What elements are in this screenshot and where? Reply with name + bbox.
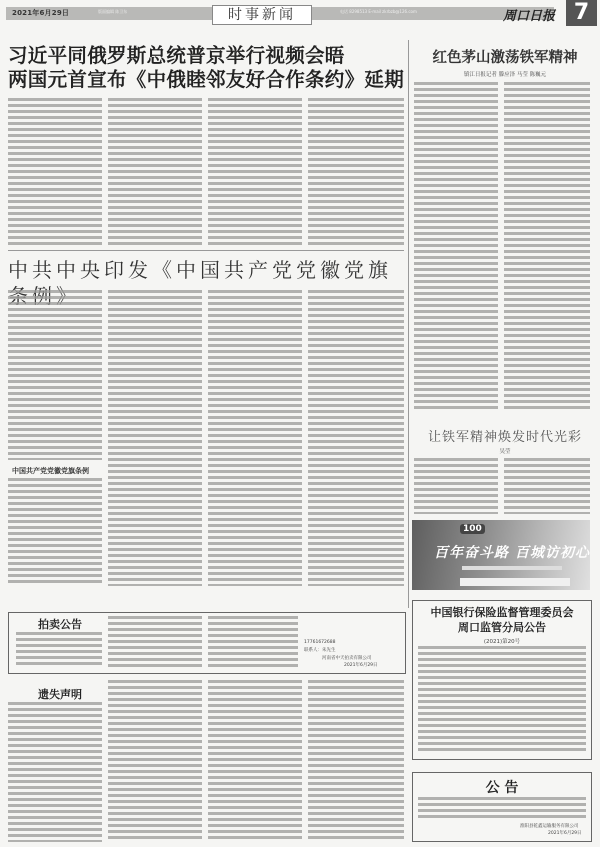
cbirc-number: (2021)第20号 [414,637,590,645]
public-notice-date: 2021年6月29日 [548,831,582,837]
issue-date: 2021年6月29日 [12,8,69,18]
lead-headline: 习近平同俄罗斯总统普京举行视频会晤 两国元首宣布《中俄睦邻友好合作条约》延期 [8,44,404,92]
lead-headline-line1: 习近平同俄罗斯总统普京举行视频会晤 [8,44,404,68]
essay-author: 吴莹 [420,447,590,455]
auction-contact: 联系人：朱先生 [304,648,336,654]
lead-story-column-3 [208,98,302,246]
auction-phone: 17761672688 [304,640,336,646]
public-notice-title: 公 告 [414,777,590,797]
essay-title: 让铁军精神焕发时代光彩 [420,426,590,445]
essay-column-1 [414,458,498,514]
cbirc-title-line1: 中国银行保险监督管理委员会 [414,604,590,620]
centenary-banner: 100 百年奋斗路 百城访初心 [412,520,590,590]
page-editor: 版面编辑 陈卫东 [98,9,127,15]
lost-notice-title: 遗失声明 [20,686,100,702]
auction-notice-date: 2021年6月29日 [344,663,378,669]
page-number: 7 [566,0,597,26]
auction-notice-title: 拍卖公告 [20,616,100,632]
cbirc-notice-text [418,646,586,754]
lead-story-column-4 [308,98,404,246]
second-story-column-2 [108,290,202,586]
second-story-column-1b [8,478,102,586]
auction-notice-text-1 [16,632,102,668]
public-notice-text [418,797,586,821]
banner-subline [462,566,562,570]
right-headline: 红色茅山激荡铁军精神 [420,46,590,67]
right-story-column-2 [504,82,590,412]
lead-headline-line2: 两国元首宣布《中俄睦邻友好合作条约》延期 [8,68,404,92]
masthead: 2021年6月29日 版面编辑 陈卫东 时事新闻 电话 8298513 E-ma… [0,0,600,36]
newspaper-page: 2021年6月29日 版面编辑 陈卫东 时事新闻 电话 8298513 E-ma… [0,0,600,847]
section-title: 时事新闻 [212,5,312,25]
lost-notice-column-3 [208,680,302,842]
column-divider [408,40,409,608]
public-notice-publisher: 淮阳县乾鑫运输服务有限公司 [520,824,579,830]
lost-notice-column-4 [308,680,404,842]
contact-info: 电话 8298513 E-mail zkrbzb@126.com [340,9,530,15]
lost-notice-column-2 [108,680,202,842]
right-byline: 镇江日报记者 滕应泽 马莹 陈巍元 [420,70,590,78]
banner-slogan: 百年奋斗路 百城访初心 [434,542,590,562]
regulation-subhead: 中国共产党党徽党旗条例 [12,466,89,476]
second-story-column-1 [8,290,102,460]
second-story-column-4 [308,290,404,586]
lead-story-column-2 [108,98,202,246]
lost-notice-column-1 [8,702,102,842]
centenary-badge: 100 [460,524,485,534]
cbirc-title-line2: 周口监管分局公告 [414,619,590,635]
auction-notice-text-2 [108,616,202,670]
divider [8,250,404,251]
right-story-column-1 [414,82,498,412]
essay-column-2 [504,458,590,514]
auction-notice-text-3 [208,616,298,670]
second-story-column-3 [208,290,302,586]
auction-notice-publisher: 河南省中天拍卖有限公司 [322,656,372,662]
banner-caption [460,578,570,586]
newspaper-logo: 周口日报 [503,5,555,24]
lead-story-column-1 [8,98,102,246]
